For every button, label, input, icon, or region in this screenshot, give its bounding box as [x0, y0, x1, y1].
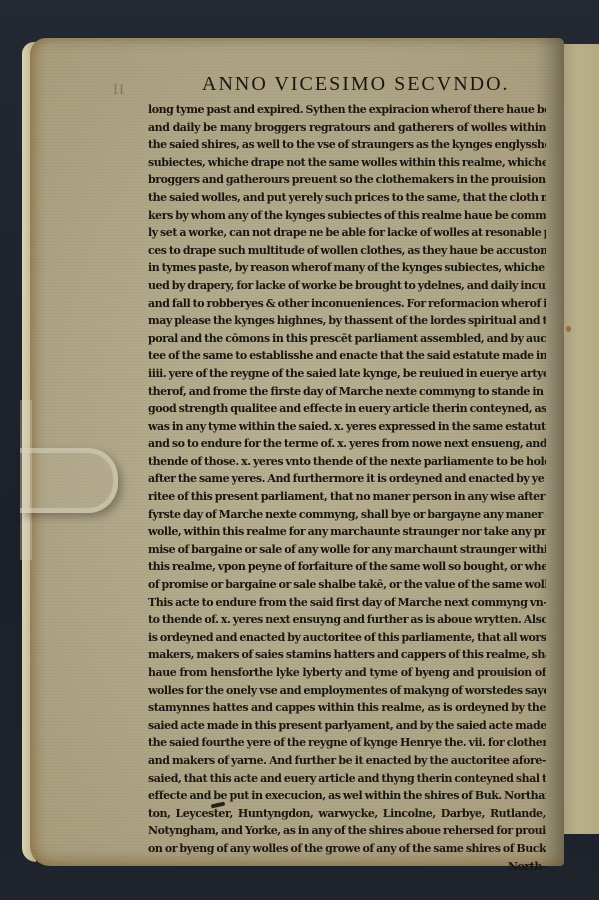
page-clip: [20, 448, 118, 513]
stain-mark: [566, 326, 571, 332]
text-line: ton, Leycester, Huntyngdon, warwycke, Li…: [148, 805, 546, 823]
text-line: and makers of yarne. And further be it e…: [148, 752, 546, 770]
text-line: good strength qualitee and effecte in eu…: [148, 400, 546, 418]
text-line: the saied shires, as well to the vse of …: [148, 136, 546, 154]
text-line: after the same yeres. And furthermore it…: [148, 470, 546, 488]
text-line: This acte to endure from the said first …: [148, 594, 546, 612]
text-line: this realme, vpon peyne of forfaiture of…: [148, 558, 546, 576]
text-line: effecte and be put in execucion, as wel …: [148, 787, 546, 805]
text-line: poral and the cōmons in this prescēt par…: [148, 330, 546, 348]
text-line: in tymes paste, by reason wherof many of…: [148, 259, 546, 277]
text-line: to thende of. x. yeres next ensuyng and …: [148, 611, 546, 629]
text-line: thende of those. x. yeres vnto thende of…: [148, 453, 546, 471]
catchword: North-: [148, 858, 546, 876]
text-line: ritee of this present parliament, that n…: [148, 488, 546, 506]
text-line: stamynnes hattes and cappes within this …: [148, 699, 546, 717]
text-line: iiii. yere of the reygne of the saied la…: [148, 365, 546, 383]
text-line: saied, that this acte and euery article …: [148, 770, 546, 788]
facing-page-edge: [562, 44, 599, 834]
text-line: is ordeyned and enacted by auctoritee of…: [148, 629, 546, 647]
text-line: wolle, within this realme for any marcha…: [148, 523, 546, 541]
running-head: ANNO VICESIMO SECVNDO.: [202, 73, 510, 96]
text-line: makers, makers of saies stamins hatters …: [148, 646, 546, 664]
text-line: broggers and gatherours preuent so the c…: [148, 171, 546, 189]
text-line: mise of bargaine or sale of any wolle fo…: [148, 541, 546, 559]
text-line: subiectes, whiche drape not the same wol…: [148, 154, 546, 172]
text-line: the saied wolles, and put yerely such pr…: [148, 189, 546, 207]
text-line: and so to endure for the terme of. x. ye…: [148, 435, 546, 453]
text-line: the saied fourthe yere of the reygne of …: [148, 734, 546, 752]
folio-number: II: [113, 82, 125, 99]
text-line: on or byeng of any wolles of the growe o…: [148, 840, 546, 858]
text-line: was in any tyme within the saied. x. yer…: [148, 418, 546, 436]
text-line: fyrste day of Marche nexte commyng, shal…: [148, 506, 546, 524]
text-line: wolles for the onely vse and employmente…: [148, 682, 546, 700]
text-line: saied acte made in this present parlyame…: [148, 717, 546, 735]
text-line: ces to drape such multitude of wollen cl…: [148, 242, 546, 260]
text-line: haue from hensforthe lyke lyberty and ty…: [148, 664, 546, 682]
text-line: Notyngham, and Yorke, as in any of the s…: [148, 822, 546, 840]
text-line: therof, and frome the firste day of Marc…: [148, 383, 546, 401]
text-line: ued by drapery, for lacke of worke be br…: [148, 277, 546, 295]
text-line: of promise or bargaine or sale shalbe ta…: [148, 576, 546, 594]
text-line: may please the kynges highnes, by thasse…: [148, 312, 546, 330]
text-line: and daily be many broggers regratours an…: [148, 119, 546, 137]
text-line: ly set a worke, can not drape ne be able…: [148, 224, 546, 242]
text-line: kers by whom any of the kynges subiectes…: [148, 207, 546, 225]
body-text: long tyme past and expired. Sythen the e…: [148, 101, 546, 875]
text-line: tee of the same to establisshe and enact…: [148, 347, 546, 365]
text-line: long tyme past and expired. Sythen the e…: [148, 101, 546, 119]
text-line: and fall to robberyes & other inconuenie…: [148, 295, 546, 313]
